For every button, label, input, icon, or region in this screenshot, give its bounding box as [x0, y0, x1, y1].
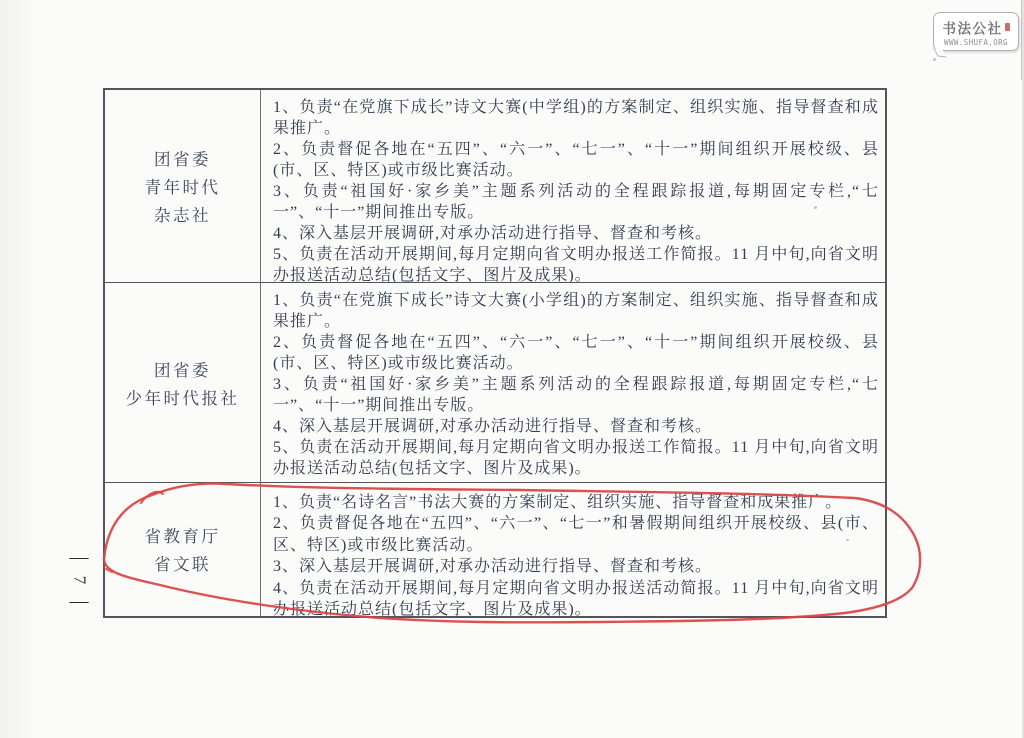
watermark-bubble-dot	[933, 58, 936, 61]
task-item: 2、负责督促各地在“五四”、“六一”、“七一”、“十一”期间组织开展校级、县(市…	[273, 332, 879, 374]
task-item: 1、负责“在党旗下成长”诗文大赛(中学组)的方案制定、组织实施、指导督查和成果推…	[273, 97, 879, 139]
org-line: 少年时代报社	[126, 385, 240, 409]
org-cell: 省教育厅 省文联	[105, 483, 261, 616]
page-number-dash: —	[70, 595, 89, 609]
task-item: 3、深入基层开展调研,对承办活动进行指导、督查和考核。	[273, 556, 879, 577]
watermark-stamp: 书法公社 WWW.SHUFA.ORG	[933, 12, 1019, 51]
org-line: 青年时代	[145, 174, 221, 198]
scan-speck	[814, 206, 817, 209]
task-item: 3、负责“祖国好·家乡美”主题系列活动的全程跟踪报道,每期固定专栏,“七一”、“…	[273, 374, 879, 416]
org-cell: 团省委 少年时代报社	[105, 283, 261, 482]
scan-speck	[846, 539, 849, 541]
task-item: 4、负责在活动开展期间,每月定期向省文明办报送活动简报。11 月中旬,向省文明办…	[273, 578, 879, 616]
org-line: 团省委	[154, 146, 211, 170]
table-row-juvenile-times-paper: 团省委 少年时代报社 1、负责“在党旗下成长”诗文大赛(小学组)的方案制定、组织…	[105, 282, 885, 482]
table-row-youth-times-magazine: 团省委 青年时代 杂志社 1、负责“在党旗下成长”诗文大赛(中学组)的方案制定、…	[105, 90, 885, 282]
task-item: 2、负责督促各地在“五四”、“六一”、“七一”、“十一”期间组织开展校级、县(市…	[273, 139, 879, 181]
assignments-table: 团省委 青年时代 杂志社 1、负责“在党旗下成长”诗文大赛(中学组)的方案制定、…	[103, 88, 887, 618]
page-number: — 7 —	[62, 551, 96, 609]
task-item: 3、负责“祖国好·家乡美”主题系列活动的全程跟踪报道,每期固定专栏,“七一”、“…	[273, 181, 879, 223]
task-item: 2、负责督促各地在“五四”、“六一”、“七一”和暑假期间组织开展校级、县(市、区…	[273, 513, 879, 556]
watermark-site-url: WWW.SHUFA.ORG	[944, 38, 1008, 47]
org-line: 杂志社	[154, 202, 211, 226]
task-item: 5、负责在活动开展期间,每月定期向省文明办报送工作简报。11 月中旬,向省文明办…	[273, 437, 879, 479]
red-seal-icon	[1005, 23, 1010, 31]
task-item: 1、负责“在党旗下成长”诗文大赛(小学组)的方案制定、组织实施、指导督查和成果推…	[273, 290, 879, 332]
tasks-cell: 1、负责“在党旗下成长”诗文大赛(中学组)的方案制定、组织实施、指导督查和成果推…	[261, 90, 885, 282]
page-number-dash: —	[70, 551, 89, 565]
watermark-logo-row: 书法公社	[943, 17, 1010, 37]
tasks-cell: 1、负责“名诗名言”书法大赛的方案制定、组织实施、指导督查和成果推广。 2、负责…	[261, 483, 885, 616]
table-row-education-dept-wenlian: 省教育厅 省文联 1、负责“名诗名言”书法大赛的方案制定、组织实施、指导督查和成…	[105, 482, 885, 616]
org-line: 省教育厅	[145, 523, 221, 547]
tasks-cell: 1、负责“在党旗下成长”诗文大赛(小学组)的方案制定、组织实施、指导督查和成果推…	[261, 283, 885, 482]
scan-right-edge-line	[1021, 0, 1022, 80]
scan-page: { "watermark": { "logo_text": "书法公社", "s…	[0, 0, 1024, 738]
page-number-digit: 7	[70, 576, 88, 585]
task-item: 4、深入基层开展调研,对承办活动进行指导、督查和考核。	[273, 416, 879, 437]
task-item: 5、负责在活动开展期间,每月定期向省文明办报送工作简报。11 月中旬,向省文明办…	[273, 244, 879, 282]
calligraphy-logo-text: 书法公社	[943, 16, 1003, 37]
task-item: 1、负责“名诗名言”书法大赛的方案制定、组织实施、指导督查和成果推广。	[273, 492, 879, 513]
org-cell: 团省委 青年时代 杂志社	[105, 90, 261, 282]
task-item: 4、深入基层开展调研,对承办活动进行指导、督查和考核。	[273, 223, 879, 244]
scan-left-shading	[0, 0, 38, 738]
org-line: 团省委	[154, 357, 211, 381]
org-line: 省文联	[154, 551, 211, 575]
